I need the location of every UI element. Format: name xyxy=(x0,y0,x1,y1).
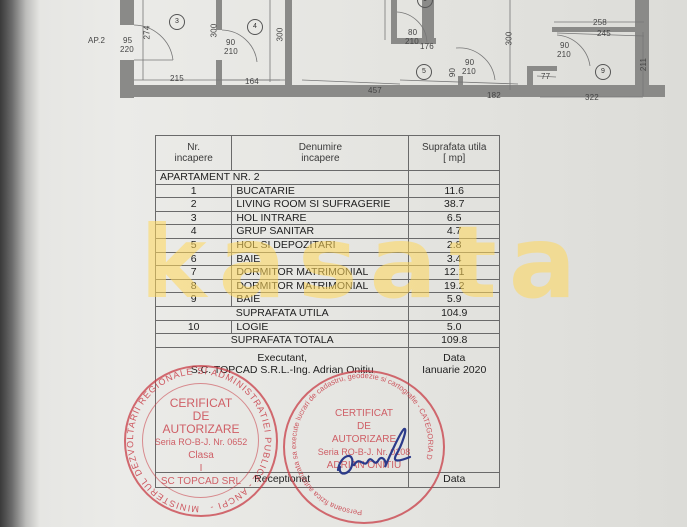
subtotal-row: SUPRAFATA UTILA 104.9 xyxy=(156,306,500,320)
dimension-label: 90 xyxy=(448,68,457,77)
total-value: 109.8 xyxy=(409,334,500,348)
room-name: LOGIE xyxy=(232,320,409,334)
header-area-text: Suprafata utila [ mp] xyxy=(422,142,487,164)
door-dimension: 210 xyxy=(224,47,238,56)
dimension-label: 77 xyxy=(541,72,550,81)
room-area: 12.1 xyxy=(409,266,500,280)
room-area: 6.5 xyxy=(409,211,500,225)
door-dimension: 210 xyxy=(462,67,476,76)
dimension-label: 457 xyxy=(368,86,382,95)
room-area: 2.8 xyxy=(409,238,500,252)
table-row: 2LIVING ROOM SI SUFRAGERIE38.7 xyxy=(156,198,500,212)
date-label: Data xyxy=(413,352,495,364)
room-area: 5.9 xyxy=(409,293,500,307)
signature xyxy=(330,425,420,485)
room-nr: 7 xyxy=(156,266,232,280)
dimension-label: 258 xyxy=(593,18,607,27)
table-row: 8DORMITOR MATRIMONIAL19.2 xyxy=(156,279,500,293)
room-name: DORMITOR MATRIMONIAL xyxy=(232,266,409,280)
dimension-label: 322 xyxy=(585,93,599,102)
room-name: BAIE xyxy=(232,293,409,307)
dimension-label: 211 xyxy=(639,58,648,71)
room-nr: 2 xyxy=(156,198,232,212)
door-dimension: 210 xyxy=(405,37,419,46)
room-nr: 3 xyxy=(156,211,232,225)
door-dimension: 220 xyxy=(120,45,134,54)
door-dimension: 90 xyxy=(465,58,474,67)
dimension-label: 164 xyxy=(245,77,259,86)
room-area: 5.0 xyxy=(409,320,500,334)
table-row: 5HOL SI DEPOZITARI2.8 xyxy=(156,238,500,252)
room-name: DORMITOR MATRIMONIAL xyxy=(232,279,409,293)
dimension-label: 182 xyxy=(487,91,501,100)
room-name: HOL SI DEPOZITARI xyxy=(232,238,409,252)
header-name-text: Denumire incapere xyxy=(299,142,342,164)
section-empty xyxy=(409,171,500,185)
svg-text:MINISTERUL DEZVOLTARII REGIONA: MINISTERUL DEZVOLTARII REGIONALE SI ADMI… xyxy=(125,366,273,513)
room-name: GRUP SANITAR xyxy=(232,225,409,239)
table-row: 7DORMITOR MATRIMONIAL12.1 xyxy=(156,266,500,280)
floor-plan-drawing xyxy=(0,0,687,112)
apartment-marker: AP.2 xyxy=(88,36,105,45)
authorization-stamp-left: CERIFICAT DE AUTORIZARE Seria RO-B-J. Nr… xyxy=(124,365,278,517)
dimension-label: 300 xyxy=(504,32,513,46)
total-row: SUPRAFATA TOTALA 109.8 xyxy=(156,334,500,348)
room-nr: 5 xyxy=(156,238,232,252)
dimension-label: 245 xyxy=(597,29,611,38)
table-row: 10 LOGIE 5.0 xyxy=(156,320,500,334)
subtotal-label: SUPRAFATA UTILA xyxy=(156,306,409,320)
room-name: HOL INTRARE xyxy=(232,211,409,225)
room-tag-3: 3 xyxy=(169,14,185,30)
floor-plan: AP.2 95 220 90 210 80 210 90 210 90 210 … xyxy=(0,0,687,112)
document-photo: AP.2 95 220 90 210 80 210 90 210 90 210 … xyxy=(0,0,687,527)
table-row: 4GRUP SANITAR4.7 xyxy=(156,225,500,239)
table-header-row: Nr. incapere Denumire incapere Suprafata… xyxy=(156,136,500,171)
header-nr: Nr. incapere xyxy=(156,136,232,171)
room-tag-9: 9 xyxy=(595,64,611,80)
room-nr: 4 xyxy=(156,225,232,239)
room-tag-5: 5 xyxy=(416,64,432,80)
room-nr: 6 xyxy=(156,252,232,266)
header-area: Suprafata utila [ mp] xyxy=(409,136,500,171)
door-dimension: 210 xyxy=(557,50,571,59)
dimension-label: 176 xyxy=(420,42,434,51)
dimension-label: 215 xyxy=(170,74,184,83)
room-name: BAIE xyxy=(232,252,409,266)
room-nr: 8 xyxy=(156,279,232,293)
dimension-label: 274 xyxy=(142,26,151,40)
door-dimension: 95 xyxy=(123,36,132,45)
header-name: Denumire incapere xyxy=(232,136,409,171)
section-row: APARTAMENT NR. 2 xyxy=(156,171,500,185)
table-row: 1BUCATARIE11.6 xyxy=(156,184,500,198)
total-label: SUPRAFATA TOTALA xyxy=(156,334,409,348)
room-area: 3.4 xyxy=(409,252,500,266)
dimension-label: 300 xyxy=(275,28,284,42)
room-nr: 9 xyxy=(156,293,232,307)
section-title: APARTAMENT NR. 2 xyxy=(156,171,409,185)
room-rows: 1BUCATARIE11.62LIVING ROOM SI SUFRAGERIE… xyxy=(156,184,500,306)
room-area: 19.2 xyxy=(409,279,500,293)
door-dimension: 90 xyxy=(226,38,235,47)
room-name: LIVING ROOM SI SUFRAGERIE xyxy=(232,198,409,212)
room-name: BUCATARIE xyxy=(232,184,409,198)
header-nr-text: Nr. incapere xyxy=(174,142,212,164)
room-area: 38.7 xyxy=(409,198,500,212)
room-nr: 10 xyxy=(156,320,232,334)
table-row: 6BAIE3.4 xyxy=(156,252,500,266)
door-dimension: 80 xyxy=(408,28,417,37)
subtotal-value: 104.9 xyxy=(409,306,500,320)
room-area: 11.6 xyxy=(409,184,500,198)
room-nr: 1 xyxy=(156,184,232,198)
room-area: 4.7 xyxy=(409,225,500,239)
table-row: 3HOL INTRARE6.5 xyxy=(156,211,500,225)
executant-label: Executant, xyxy=(160,352,404,364)
door-dimension: 90 xyxy=(560,41,569,50)
stamp-left-ring-text: MINISTERUL DEZVOLTARII REGIONALE SI ADMI… xyxy=(124,365,274,513)
table-row: 9BAIE5.9 xyxy=(156,293,500,307)
dimension-label: 300 xyxy=(209,24,218,38)
room-tag-4: 4 xyxy=(247,19,263,35)
